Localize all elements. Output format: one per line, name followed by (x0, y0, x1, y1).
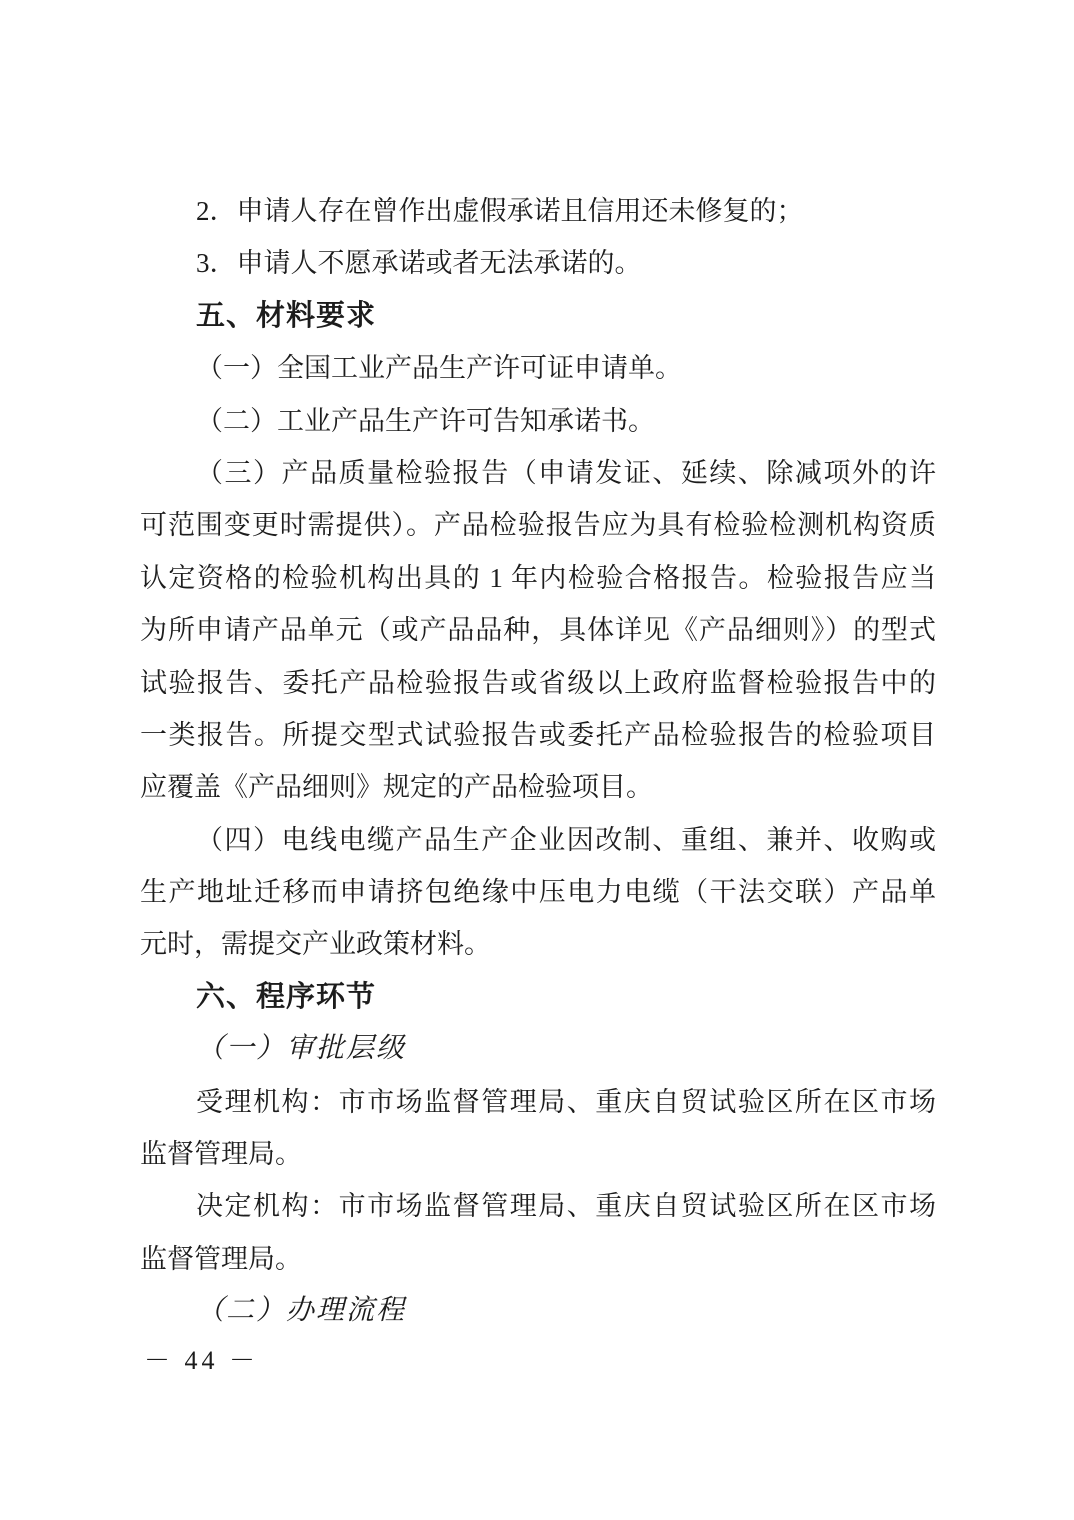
accepting-agency-line1: 受理机构：市市场监督管理局、重庆自贸试验区所在区市场 (140, 1076, 936, 1128)
item-5-3-line5: 试验报告、委托产品检验报告或省级以上政府监督检验报告中的 (140, 657, 936, 709)
subsection-6-2: （二）办理流程 (140, 1285, 936, 1337)
item-5-3-line2: 可范围变更时需提供）。产品检验报告应为具有检验检测机构资质 (140, 499, 936, 551)
list-item-2: 2．申请人存在曾作出虚假承诺且信用还未修复的； (140, 185, 936, 237)
item-5-3-line3: 认定资格的检验机构出具的 1 年内检验合格报告。检验报告应当 (140, 552, 936, 604)
item-5-4-line2: 生产地址迁移而申请挤包绝缘中压电力电缆（干法交联）产品单 (140, 866, 936, 918)
item-5-4-line1: （四）电线电缆产品生产企业因改制、重组、兼并、收购或 (140, 814, 936, 866)
item-5-2: （二）工业产品生产许可告知承诺书。 (140, 395, 936, 447)
section-heading-5: 五、材料要求 (140, 290, 936, 342)
deciding-agency-line1: 决定机构：市市场监督管理局、重庆自贸试验区所在区市场 (140, 1180, 936, 1232)
item-5-1: （一）全国工业产品生产许可证申请单。 (140, 342, 936, 394)
list-item-3: 3．申请人不愿承诺或者无法承诺的。 (140, 237, 936, 289)
deciding-agency-line2: 监督管理局。 (140, 1233, 936, 1285)
item-5-3-line6: 一类报告。所提交型式试验报告或委托产品检验报告的检验项目 (140, 709, 936, 761)
subsection-6-1: （一）审批层级 (140, 1023, 936, 1075)
accepting-agency-line2: 监督管理局。 (140, 1128, 936, 1180)
item-5-3-line7: 应覆盖《产品细则》规定的产品检验项目。 (140, 761, 936, 813)
item-5-3-line4: 为所申请产品单元（或产品品种，具体详见《产品细则》）的型式 (140, 604, 936, 656)
section-heading-6: 六、程序环节 (140, 971, 936, 1023)
item-5-3-line1: （三）产品质量检验报告（申请发证、延续、除减项外的许 (140, 447, 936, 499)
document-body: 2．申请人存在曾作出虚假承诺且信用还未修复的；3．申请人不愿承诺或者无法承诺的。… (140, 185, 936, 1338)
item-5-4-line3: 元时，需提交产业政策材料。 (140, 918, 936, 970)
document-page: 2．申请人存在曾作出虚假承诺且信用还未修复的；3．申请人不愿承诺或者无法承诺的。… (0, 0, 1074, 1520)
page-number: － 44 － (144, 1340, 259, 1377)
